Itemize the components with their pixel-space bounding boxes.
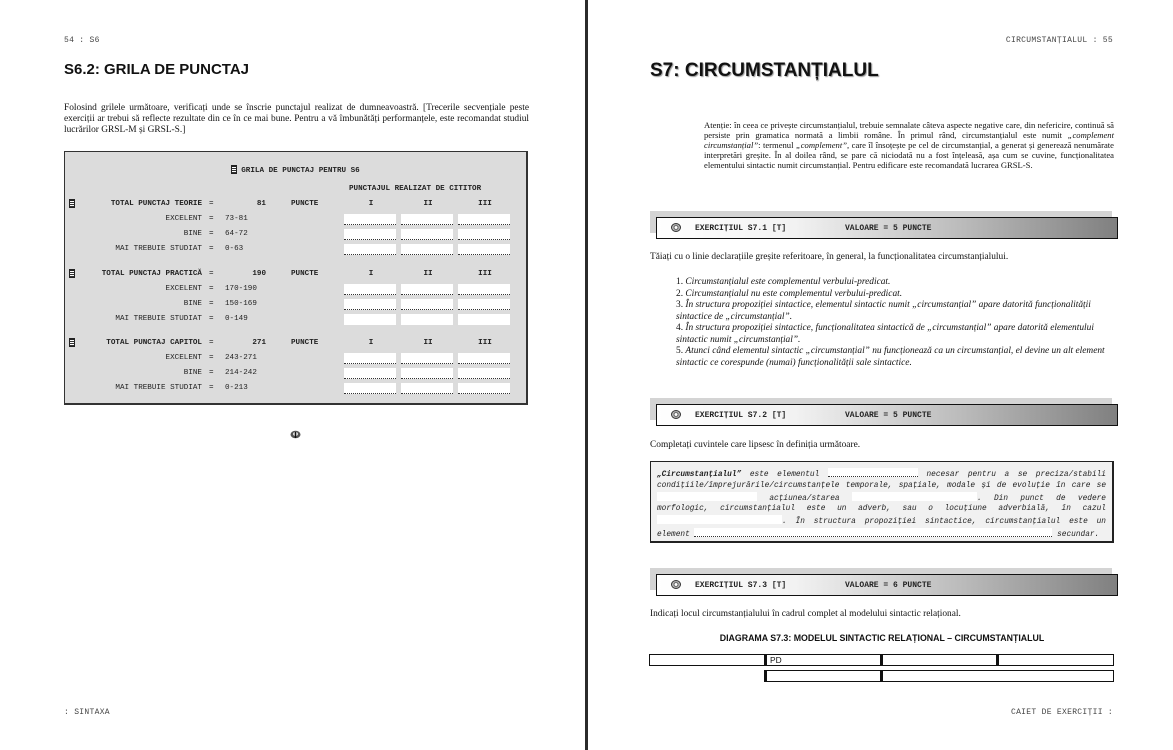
equals-sign: =	[209, 215, 214, 223]
equals-sign: =	[209, 384, 214, 392]
attempt-column-3: III	[460, 270, 510, 278]
exercise-icon	[671, 410, 681, 419]
left-page: 54 : S6 S6.2: GRILA DE PUNCTAJ Folosind …	[0, 0, 585, 750]
score-input-attempt-3[interactable]	[458, 368, 510, 379]
equals-sign: =	[209, 230, 214, 238]
ornament-icon	[290, 430, 301, 439]
level-range: 243-271	[225, 354, 270, 362]
statement-text: Circumstanțialul nu este complementul ve…	[685, 289, 902, 299]
score-input-attempt-1[interactable]	[344, 299, 396, 310]
intro-paragraph: Folosind grilele următoare, verificați u…	[64, 103, 529, 136]
section-total: 271	[221, 339, 266, 347]
diagram-cell[interactable]	[996, 654, 1114, 666]
notepad-icon	[69, 338, 75, 347]
exercise-header-s7-3: EXERCIȚIUL S7.3 [T] VALOARE = 6 PUNCTE	[650, 568, 1112, 590]
definition-text: secundar.	[1052, 531, 1099, 539]
blank-field-2[interactable]	[657, 492, 757, 501]
attempt-column-3: III	[460, 339, 510, 347]
level-label: EXCELENT	[166, 354, 202, 362]
score-input-attempt-2[interactable]	[401, 353, 453, 364]
level-range: 0-63	[225, 245, 270, 253]
section-label: TOTAL PUNCTAJ TEORIE	[111, 200, 202, 208]
statement-text: Atunci când elementul sintactic „circums…	[676, 346, 1105, 368]
equals-sign: =	[209, 245, 214, 253]
exercise-header-s7-1: EXERCIȚIUL S7.1 [T] VALOARE = 5 PUNCTE	[650, 211, 1112, 233]
attempt-column-2: II	[403, 270, 453, 278]
blank-field-4[interactable]	[657, 515, 782, 524]
statement-item[interactable]: 4. În structura propoziției sintactice, …	[676, 323, 1116, 346]
score-input-attempt-1[interactable]	[344, 314, 396, 325]
page-title-s6-2: S6.2: GRILA DE PUNCTAJ	[64, 61, 249, 78]
equals-sign: =	[209, 339, 214, 347]
level-range: 0-213	[225, 384, 270, 392]
score-input-attempt-3[interactable]	[458, 229, 510, 240]
section-unit: PUNCTE	[291, 270, 318, 278]
statement-number: 1.	[676, 277, 685, 287]
diagram-cell[interactable]	[880, 670, 1114, 682]
attempt-column-1: I	[346, 200, 396, 208]
score-level-row: MAI TREBUIE STUDIAT=0-149	[65, 314, 526, 326]
score-input-attempt-2[interactable]	[401, 229, 453, 240]
score-input-attempt-1[interactable]	[344, 383, 396, 394]
statement-item[interactable]: 1. Circumstanțialul este complementul ve…	[676, 277, 1116, 289]
reader-score-heading: PUNCTAJUL REALIZAT DE CITITOR	[349, 185, 481, 193]
equals-sign: =	[209, 200, 214, 208]
equals-sign: =	[209, 354, 214, 362]
level-label: EXCELENT	[166, 215, 202, 223]
blank-field-5[interactable]	[694, 528, 1052, 537]
section-total: 81	[221, 200, 266, 208]
notice-text-1: Atenție: în ceea ce privește circumstanț…	[704, 120, 1114, 140]
level-range: 0-149	[225, 315, 270, 323]
score-input-attempt-3[interactable]	[458, 353, 510, 364]
attempt-column-3: III	[460, 200, 510, 208]
statement-item[interactable]: 3. În structura propoziției sintactice, …	[676, 300, 1116, 323]
notice-text-2: : termenul	[758, 140, 796, 150]
exercise-icon	[671, 580, 681, 589]
level-range: 64-72	[225, 230, 270, 238]
diagram-cell[interactable]	[880, 654, 998, 666]
statements-list: 1. Circumstanțialul este complementul ve…	[676, 277, 1116, 369]
score-level-row: EXCELENT=73-81	[65, 214, 526, 226]
level-label: MAI TREBUIE STUDIAT	[115, 315, 202, 323]
statement-number: 5.	[676, 346, 685, 356]
level-range: 170-190	[225, 285, 270, 293]
level-range: 150-169	[225, 300, 270, 308]
exercise-header-s7-2: EXERCIȚIUL S7.2 [T] VALOARE = 5 PUNCTE	[650, 398, 1112, 420]
exercise-2-instruction: Completați cuvintele care lipsesc în def…	[650, 440, 860, 450]
score-input-attempt-3[interactable]	[458, 214, 510, 225]
score-input-attempt-3[interactable]	[458, 299, 510, 310]
attempt-column-2: II	[403, 339, 453, 347]
score-level-row: MAI TREBUIE STUDIAT=0-63	[65, 244, 526, 256]
score-input-attempt-2[interactable]	[401, 284, 453, 295]
score-section-header: TOTAL PUNCTAJ TEORIE=81PUNCTEIIIIII	[65, 199, 526, 211]
score-input-attempt-3[interactable]	[458, 284, 510, 295]
score-input-attempt-2[interactable]	[401, 314, 453, 325]
score-level-row: BINE=150-169	[65, 299, 526, 311]
score-input-attempt-3[interactable]	[458, 383, 510, 394]
score-input-attempt-1[interactable]	[344, 244, 396, 255]
blank-field-1[interactable]	[828, 468, 918, 477]
statement-number: 2.	[676, 289, 685, 299]
right-running-foot: CAIET DE EXERCIȚII :	[1011, 708, 1113, 717]
statement-number: 4.	[676, 323, 685, 333]
score-input-attempt-2[interactable]	[401, 299, 453, 310]
exercise-value: VALOARE = 6 PUNCTE	[845, 581, 931, 590]
exercise-name: EXERCIȚIUL S7.3 [T]	[695, 581, 786, 590]
section-unit: PUNCTE	[291, 200, 318, 208]
exercise-name: EXERCIȚIUL S7.1 [T]	[695, 224, 786, 233]
notice-emphasis-2: „complement”	[796, 140, 847, 150]
section-label: TOTAL PUNCTAJ PRACTICĂ	[102, 270, 202, 278]
score-grid: GRILA DE PUNCTAJ PENTRU S6 PUNCTAJUL REA…	[64, 151, 528, 405]
statement-item[interactable]: 2. Circumstanțialul nu este complementul…	[676, 289, 1116, 301]
exercise-name: EXERCIȚIUL S7.2 [T]	[695, 411, 786, 420]
left-running-foot: : SINTAXA	[64, 708, 110, 717]
definition-box: „Circumstanțialul” este elementul necesa…	[650, 461, 1114, 543]
score-input-attempt-1[interactable]	[344, 353, 396, 364]
score-level-row: MAI TREBUIE STUDIAT=0-213	[65, 383, 526, 395]
score-level-row: BINE=64-72	[65, 229, 526, 241]
level-range: 73-81	[225, 215, 270, 223]
level-label: BINE	[184, 369, 202, 377]
score-grid-title-text: GRILA DE PUNCTAJ PENTRU S6	[241, 167, 359, 175]
level-label: EXCELENT	[166, 285, 202, 293]
score-input-attempt-2[interactable]	[401, 214, 453, 225]
score-level-row: BINE=214-242	[65, 368, 526, 380]
equals-sign: =	[209, 300, 214, 308]
exercise-3-instruction: Indicați locul circumstanțialului în cad…	[650, 609, 961, 619]
right-page: CIRCUMSTANȚIALUL : 55 S7: CIRCUMSTANȚIAL…	[588, 0, 1173, 750]
attempt-column-1: I	[346, 270, 396, 278]
equals-sign: =	[209, 369, 214, 377]
score-input-attempt-3[interactable]	[458, 244, 510, 255]
statement-text: În structura propoziției sintactice, fun…	[676, 323, 1094, 345]
score-input-attempt-1[interactable]	[344, 229, 396, 240]
equals-sign: =	[209, 270, 214, 278]
blank-field-3[interactable]	[852, 492, 977, 501]
level-label: MAI TREBUIE STUDIAT	[115, 384, 202, 392]
statement-text: În structura propoziției sintactice, ele…	[676, 300, 1091, 322]
page-title-s7: S7: CIRCUMSTANȚIALUL	[650, 60, 879, 82]
statement-number: 3.	[676, 300, 685, 310]
score-input-attempt-2[interactable]	[401, 383, 453, 394]
attention-notice: Atenție: în ceea ce privește circumstanț…	[704, 120, 1114, 170]
left-running-head: 54 : S6	[64, 36, 100, 45]
diagram-cell[interactable]	[764, 670, 882, 682]
definition-term: „Circumstanțialul”	[657, 471, 741, 479]
definition-text: este elementul	[741, 471, 828, 479]
section-label: TOTAL PUNCTAJ CAPITOL	[106, 339, 202, 347]
notepad-icon	[69, 199, 75, 208]
score-section-header: TOTAL PUNCTAJ PRACTICĂ=190PUNCTEIIIIII	[65, 269, 526, 281]
exercise-value: VALOARE = 5 PUNCTE	[845, 224, 931, 233]
level-label: BINE	[184, 230, 202, 238]
exercise-1-instruction: Tăiați cu o linie declarațiile greșite r…	[650, 252, 1008, 262]
attempt-column-2: II	[403, 200, 453, 208]
score-input-attempt-3[interactable]	[458, 314, 510, 325]
definition-text: acțiunea/starea	[757, 495, 852, 503]
score-section-header: TOTAL PUNCTAJ CAPITOL=271PUNCTEIIIIII	[65, 338, 526, 350]
score-input-attempt-2[interactable]	[401, 244, 453, 255]
diagram-cell[interactable]	[649, 654, 766, 666]
diagram-title: DIAGRAMA S7.3: MODELUL SINTACTIC RELAȚIO…	[650, 633, 1114, 643]
statement-text: Circumstanțialul este complementul verbu…	[685, 277, 890, 287]
notepad-icon	[69, 269, 75, 278]
diagram-cell-pd[interactable]: PD	[764, 654, 882, 666]
right-running-head: CIRCUMSTANȚIALUL : 55	[1006, 36, 1113, 45]
section-unit: PUNCTE	[291, 339, 318, 347]
exercise-value: VALOARE = 5 PUNCTE	[845, 411, 931, 420]
exercise-icon	[671, 223, 681, 232]
score-level-row: EXCELENT=243-271	[65, 353, 526, 365]
notepad-icon	[231, 165, 237, 174]
score-input-attempt-1[interactable]	[344, 284, 396, 295]
level-label: MAI TREBUIE STUDIAT	[115, 245, 202, 253]
attempt-column-1: I	[346, 339, 396, 347]
section-total: 190	[221, 270, 266, 278]
score-input-attempt-2[interactable]	[401, 368, 453, 379]
level-range: 214-242	[225, 369, 270, 377]
score-grid-title: GRILA DE PUNCTAJ PENTRU S6	[65, 165, 526, 175]
score-input-attempt-1[interactable]	[344, 214, 396, 225]
equals-sign: =	[209, 315, 214, 323]
level-label: BINE	[184, 300, 202, 308]
statement-item[interactable]: 5. Atunci când elementul sintactic „circ…	[676, 346, 1116, 369]
score-input-attempt-1[interactable]	[344, 368, 396, 379]
equals-sign: =	[209, 285, 214, 293]
score-level-row: EXCELENT=170-190	[65, 284, 526, 296]
